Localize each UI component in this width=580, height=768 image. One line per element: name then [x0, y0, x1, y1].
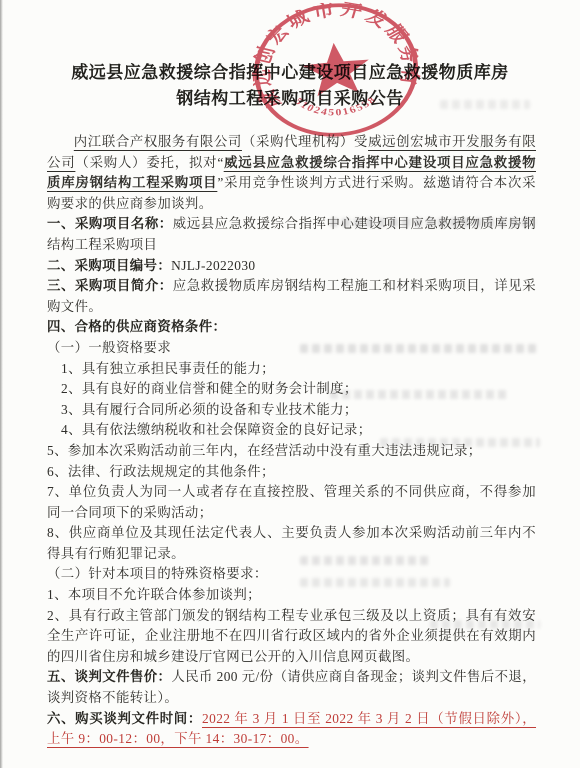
section-label: 一、采购项目名称： — [47, 216, 173, 231]
bleedthrough-artifact — [330, 218, 535, 227]
scan-edge-artifact — [0, 0, 3, 768]
bleedthrough-artifact — [380, 438, 540, 447]
intro-text: （采购代理机构）受 — [242, 134, 368, 149]
section-label: 五、谈判文件售价： — [47, 669, 171, 684]
bleedthrough-artifact — [430, 620, 540, 629]
qualification-item-1: 1、具有独立承担民事责任的能力； — [47, 359, 536, 380]
section-project-number: 二、采购项目编号：NJLJ-2022030 — [47, 256, 536, 277]
agency-name: 内江联合产权服务有限公司 — [74, 134, 242, 149]
qualification-item-3: 3、具有履行合同所必须的设备和专业技术能力； — [47, 400, 536, 421]
section-project-summary: 三、采购项目简介：应急救援物质库房钢结构工程施工和材料采购项目，详见采购文件。 — [47, 276, 536, 317]
intro-paragraph: 内江联合产权服务有限公司（采购代理机构）受威远创宏城市开发服务有限公司（采购人）… — [47, 132, 536, 214]
special-item-1: 1、本项目不允许联合体参加谈判； — [47, 585, 536, 606]
bleedthrough-artifact — [300, 556, 430, 565]
section-label: 三、采购项目简介： — [47, 278, 173, 293]
bleedthrough-artifact — [330, 390, 510, 399]
section-value: NJLJ-2022030 — [171, 258, 255, 273]
section-label: 四、合格的供应商资格条件： — [47, 319, 226, 334]
section-document-price: 五、谈判文件售价：人民币 200 元/份（请供应商自备现金；谈判文件售后不退，谈… — [47, 667, 536, 708]
intro-text: （采购人）委托，拟对“ — [75, 155, 223, 170]
section-supplier-qualification: 四、合格的供应商资格条件： — [47, 317, 536, 338]
special-qualification-heading: （二）针对本项目的特殊资格要求： — [47, 564, 536, 585]
section-purchase-time: 六、购买谈判文件时间：2022 年 3 月 1 日至 2022 年 3 月 2 … — [47, 709, 536, 750]
section-label: 六、购买谈判文件时间： — [47, 711, 202, 726]
bleedthrough-artifact — [300, 578, 450, 587]
qualification-item-7: 7、单位负责人为同一人或者存在直接控股、管理关系的不同供应商，不得参加同一合同项… — [47, 482, 536, 523]
qualification-item-8: 8、供应商单位及其现任法定代表人、主要负责人参加本次采购活动前三年内不得具有行贿… — [47, 523, 536, 564]
qualification-item-6: 6、法律、行政法规规定的其他条件； — [47, 462, 536, 483]
section-label: 二、采购项目编号： — [47, 258, 171, 273]
special-item-2: 2、具有行政主管部门颁发的钢结构工程专业承包三级及以上资质；具有有效安全生产许可… — [47, 606, 536, 668]
bleedthrough-artifact — [300, 344, 540, 353]
bleedthrough-artifact — [440, 100, 530, 109]
scanned-document-page: 威远县应急救援综合指挥中心建设项目应急救援物质库房钢结构工程采购项目采购公告 内… — [0, 0, 580, 768]
